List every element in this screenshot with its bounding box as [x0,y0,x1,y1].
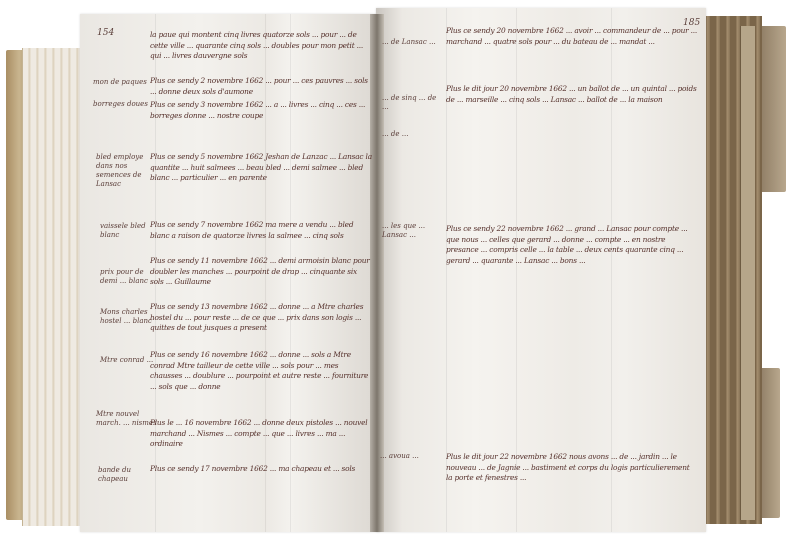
ledger-entry: Plus le ... 16 novembre 1662 ... donne d… [150,418,372,460]
left-page-number: 154 [97,28,114,38]
manuscript-photo: 154 185 mon de paques borreges doues ble… [0,0,800,546]
margin-note: bled employe dans nos semences de Lansac [96,153,158,189]
right-cover-flap-top [758,26,786,192]
right-page-stack-edge [740,26,755,520]
margin-note: ... de ... [382,130,440,139]
ledger-entry: Plus ce sendy 3 novembre 1662 ... a ... … [150,100,372,148]
margin-note: Mtre nouvel march. ... nismes [96,410,158,428]
margin-note: ... avoua ... [380,452,440,461]
ledger-entry: Plus ce sendy 2 novembre 1662 ... pour .… [150,76,372,98]
margin-note: ... de Lansac ... [382,38,440,47]
margin-note: mon de paques [93,78,155,87]
ledger-entry: Plus ce sendy 22 novembre 1662 ... grand… [446,224,698,446]
ledger-entry: Plus le dit jour 20 novembre 1662 ... un… [446,84,698,220]
ledger-entry: Plus ce sendy 17 novembre 1662 ... ma ch… [150,464,372,486]
ledger-entry: Plus ce sendy 5 novembre 1662 Jeshan de … [150,152,372,216]
left-page-stack [22,48,87,526]
ledger-entry: Plus le dit jour 22 novembre 1662 nous a… [446,452,698,500]
ledger-entry: la paue qui montent cinq livres quatorze… [150,30,372,72]
ledger-entry: Plus ce sendy 20 novembre 1662 ... avoir… [446,26,698,80]
margin-note: ... de sinq ... de ... [382,94,440,112]
ledger-entry: Plus ce sendy 13 novembre 1662 ... donne… [150,302,372,344]
ledger-entry: Plus ce sendy 7 novembre 1662 ma mere a … [150,220,372,252]
margin-note: borreges doues [93,100,155,109]
ledger-entry: Plus ce sendy 11 novembre 1662 ... demi … [150,256,372,298]
ledger-entry: Plus ce sendy 16 novembre 1662 ... donne… [150,350,372,414]
margin-note: ... les que ... Lansac ... [382,222,440,240]
